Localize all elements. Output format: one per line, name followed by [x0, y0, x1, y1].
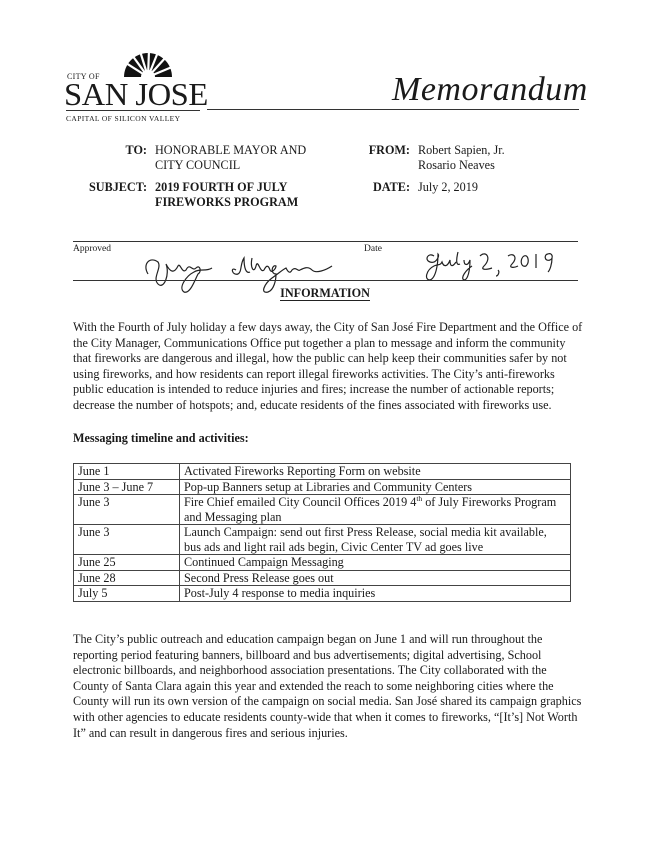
information-heading-text: INFORMATION — [280, 286, 370, 301]
timeline-activity: Launch Campaign: send out first Press Re… — [180, 525, 571, 555]
subject-label: SUBJECT: — [60, 180, 147, 195]
activity-text-pre: Fire Chief emailed City Council Offices … — [184, 495, 416, 509]
timeline-activity: Activated Fireworks Reporting Form on we… — [180, 464, 571, 480]
from-label: FROM: — [355, 143, 410, 158]
timeline-activity: Continued Campaign Messaging — [180, 555, 571, 571]
approval-top-rule — [73, 241, 578, 242]
timeline-date: June 3 – June 7 — [74, 479, 180, 495]
logo-tagline: CAPITAL OF SILICON VALLEY — [66, 114, 180, 123]
approved-label: Approved — [73, 244, 111, 254]
from-line-2: Rosario Neaves — [418, 158, 505, 173]
logo-city-name: SAN JOSE — [64, 78, 208, 110]
timeline-activity: Fire Chief emailed City Council Offices … — [180, 495, 571, 525]
subject-line-1: 2019 FOURTH OF JULY — [155, 180, 298, 195]
logo-divider — [66, 110, 200, 111]
to-line-2: CITY COUNCIL — [155, 158, 306, 173]
approval-signed-date — [420, 244, 570, 284]
timeline-date: July 5 — [74, 586, 180, 602]
timeline-activity: Pop-up Banners setup at Libraries and Co… — [180, 479, 571, 495]
timeline-date: June 25 — [74, 555, 180, 571]
from-value: Robert Sapien, Jr. Rosario Neaves — [418, 143, 505, 173]
timeline-date: June 1 — [74, 464, 180, 480]
sun-logo-icon — [120, 47, 176, 77]
date-label: DATE: — [355, 180, 410, 195]
intro-paragraph: With the Fourth of July holiday a few da… — [73, 320, 583, 414]
to-line-1: HONORABLE MAYOR AND — [155, 143, 306, 158]
table-row: June 25 Continued Campaign Messaging — [74, 555, 571, 571]
table-row: June 3 Fire Chief emailed City Council O… — [74, 495, 571, 525]
timeline-table: June 1 Activated Fireworks Reporting For… — [73, 463, 571, 602]
to-label: TO: — [100, 143, 147, 158]
information-heading: INFORMATION — [0, 286, 650, 301]
timeline-date: June 28 — [74, 570, 180, 586]
from-line-1: Robert Sapien, Jr. — [418, 143, 505, 158]
timeline-activity: Second Press Release goes out — [180, 570, 571, 586]
timeline-activity: Post-July 4 response to media inquiries — [180, 586, 571, 602]
table-row: June 1 Activated Fireworks Reporting For… — [74, 464, 571, 480]
timeline-date: June 3 — [74, 525, 180, 555]
approval-date-label: Date — [364, 244, 382, 254]
approval-bottom-rule — [73, 280, 578, 281]
subject-line-2: FIREWORKS PROGRAM — [155, 195, 298, 210]
header-divider — [207, 109, 579, 110]
subject-value: 2019 FOURTH OF JULY FIREWORKS PROGRAM — [155, 180, 298, 210]
table-row: July 5 Post-July 4 response to media inq… — [74, 586, 571, 602]
timeline-date: June 3 — [74, 495, 180, 525]
memorandum-title: Memorandum — [392, 72, 588, 108]
to-value: HONORABLE MAYOR AND CITY COUNCIL — [155, 143, 306, 173]
table-row: June 3 Launch Campaign: send out first P… — [74, 525, 571, 555]
timeline-title: Messaging timeline and activities: — [73, 431, 249, 446]
date-value: July 2, 2019 — [418, 180, 478, 195]
table-row: June 28 Second Press Release goes out — [74, 570, 571, 586]
closing-paragraph: The City’s public outreach and education… — [73, 632, 583, 741]
table-row: June 3 – June 7 Pop-up Banners setup at … — [74, 479, 571, 495]
